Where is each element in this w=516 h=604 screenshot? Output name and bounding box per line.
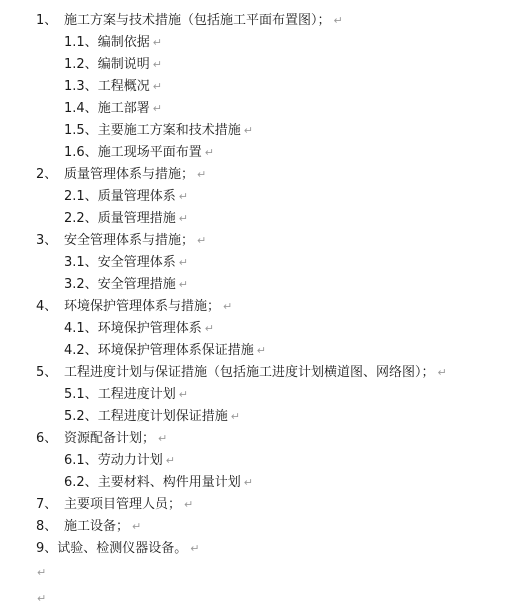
paragraph-mark-icon: ↵ xyxy=(231,410,240,423)
sub-list-item[interactable]: 3.1、安全管理体系↵ xyxy=(64,253,188,273)
item-number: 9、 xyxy=(36,541,57,556)
item-number: 1.5、 xyxy=(64,123,98,138)
paragraph-mark-icon: ↵ xyxy=(153,36,162,49)
paragraph-mark-icon: ↵ xyxy=(334,14,343,27)
item-number: 6.2、 xyxy=(64,475,98,490)
item-text: 试验、检测仪器设备。 xyxy=(57,541,187,556)
item-number: 5.1、 xyxy=(64,387,98,402)
paragraph-mark-icon: ↵ xyxy=(179,190,188,203)
paragraph-mark-icon: ↵ xyxy=(190,542,199,555)
paragraph-mark-icon: ↵ xyxy=(179,212,188,225)
item-number: 3.1、 xyxy=(64,255,98,270)
item-number: 4.1、 xyxy=(64,321,98,336)
list-item[interactable]: 9、试验、检测仪器设备。↵ xyxy=(36,539,200,559)
item-text: 工程进度计划 xyxy=(98,387,176,402)
item-text: 施工方案与技术措施（包括施工平面布置图）； xyxy=(64,13,331,28)
list-item[interactable]: 2、质量管理体系与措施；↵ xyxy=(36,165,206,185)
paragraph-mark-icon: ↵ xyxy=(153,80,162,93)
paragraph-mark-icon: ↵ xyxy=(132,520,141,533)
item-text: 工程概况 xyxy=(98,79,150,94)
item-text: 主要施工方案和技术措施 xyxy=(98,123,241,138)
item-text: 安全管理体系 xyxy=(98,255,176,270)
empty-paragraph[interactable]: ↵ xyxy=(34,589,46,604)
item-number: 3、 xyxy=(36,231,64,251)
item-text: 施工部署 xyxy=(98,101,150,116)
item-text: 安全管理措施 xyxy=(98,277,176,292)
item-text: 环境保护管理体系与措施； xyxy=(64,299,220,314)
empty-paragraph[interactable]: ↵ xyxy=(34,563,46,583)
item-number: 1.6、 xyxy=(64,145,98,160)
item-number: 1.4、 xyxy=(64,101,98,116)
paragraph-mark-icon: ↵ xyxy=(197,168,206,181)
paragraph-mark-icon: ↵ xyxy=(197,234,206,247)
item-number: 4.2、 xyxy=(64,343,98,358)
item-text: 安全管理体系与措施； xyxy=(64,233,194,248)
paragraph-mark-icon: ↵ xyxy=(153,102,162,115)
sub-list-item[interactable]: 1.5、主要施工方案和技术措施↵ xyxy=(64,121,253,141)
sub-list-item[interactable]: 6.1、劳动力计划↵ xyxy=(64,451,175,471)
item-number: 4、 xyxy=(36,297,64,317)
item-number: 6、 xyxy=(36,429,64,449)
item-text: 编制依据 xyxy=(98,35,150,50)
item-number: 5.2、 xyxy=(64,409,98,424)
sub-list-item[interactable]: 1.1、编制依据↵ xyxy=(64,33,162,53)
paragraph-mark-icon: ↵ xyxy=(244,124,253,137)
item-text: 环境保护管理体系保证措施 xyxy=(98,343,254,358)
item-number: 3.2、 xyxy=(64,277,98,292)
paragraph-mark-icon: ↵ xyxy=(166,454,175,467)
sub-list-item[interactable]: 1.3、工程概况↵ xyxy=(64,77,162,97)
item-text: 工程进度计划与保证措施（包括施工进度计划横道图、网络图）； xyxy=(64,365,435,380)
item-text: 工程进度计划保证措施 xyxy=(98,409,228,424)
list-item[interactable]: 4、环境保护管理体系与措施；↵ xyxy=(36,297,232,317)
item-number: 1.2、 xyxy=(64,57,98,72)
item-text: 劳动力计划 xyxy=(98,453,163,468)
paragraph-mark-icon: ↵ xyxy=(184,498,193,511)
sub-list-item[interactable]: 4.1、环境保护管理体系↵ xyxy=(64,319,214,339)
paragraph-mark-icon: ↵ xyxy=(179,388,188,401)
paragraph-mark-icon: ↵ xyxy=(37,592,46,604)
item-number: 1.3、 xyxy=(64,79,98,94)
item-text: 质量管理措施 xyxy=(98,211,176,226)
paragraph-mark-icon: ↵ xyxy=(438,366,447,379)
list-item[interactable]: 8、施工设备；↵ xyxy=(36,517,141,537)
sub-list-item[interactable]: 5.2、工程进度计划保证措施↵ xyxy=(64,407,240,427)
item-number: 2.2、 xyxy=(64,211,98,226)
paragraph-mark-icon: ↵ xyxy=(179,278,188,291)
sub-list-item[interactable]: 1.2、编制说明↵ xyxy=(64,55,162,75)
list-item[interactable]: 5、工程进度计划与保证措施（包括施工进度计划横道图、网络图）；↵ xyxy=(36,363,447,383)
paragraph-mark-icon: ↵ xyxy=(37,566,46,579)
item-text: 资源配备计划； xyxy=(64,431,155,446)
paragraph-mark-icon: ↵ xyxy=(153,58,162,71)
item-number: 2、 xyxy=(36,165,64,185)
item-text: 编制说明 xyxy=(98,57,150,72)
item-number: 8、 xyxy=(36,517,64,537)
paragraph-mark-icon: ↵ xyxy=(257,344,266,357)
item-number: 5、 xyxy=(36,363,64,383)
sub-list-item[interactable]: 5.1、工程进度计划↵ xyxy=(64,385,188,405)
list-item[interactable]: 6、资源配备计划；↵ xyxy=(36,429,167,449)
item-number: 7、 xyxy=(36,495,64,515)
sub-list-item[interactable]: 2.2、质量管理措施↵ xyxy=(64,209,188,229)
paragraph-mark-icon: ↵ xyxy=(158,432,167,445)
item-text: 质量管理体系与措施； xyxy=(64,167,194,182)
paragraph-mark-icon: ↵ xyxy=(244,476,253,489)
sub-list-item[interactable]: 4.2、环境保护管理体系保证措施↵ xyxy=(64,341,266,361)
item-number: 2.1、 xyxy=(64,189,98,204)
item-text: 施工现场平面布置 xyxy=(98,145,202,160)
item-number: 1.1、 xyxy=(64,35,98,50)
paragraph-mark-icon: ↵ xyxy=(205,322,214,335)
item-text: 主要材料、构件用量计划 xyxy=(98,475,241,490)
paragraph-mark-icon: ↵ xyxy=(223,300,232,313)
item-number: 1、 xyxy=(36,11,64,31)
item-number: 6.1、 xyxy=(64,453,98,468)
item-text: 环境保护管理体系 xyxy=(98,321,202,336)
sub-list-item[interactable]: 3.2、安全管理措施↵ xyxy=(64,275,188,295)
sub-list-item[interactable]: 1.6、施工现场平面布置↵ xyxy=(64,143,214,163)
item-text: 质量管理体系 xyxy=(98,189,176,204)
list-item[interactable]: 7、主要项目管理人员；↵ xyxy=(36,495,193,515)
paragraph-mark-icon: ↵ xyxy=(205,146,214,159)
list-item[interactable]: 1、施工方案与技术措施（包括施工平面布置图）；↵ xyxy=(36,11,343,31)
sub-list-item[interactable]: 2.1、质量管理体系↵ xyxy=(64,187,188,207)
sub-list-item[interactable]: 1.4、施工部署↵ xyxy=(64,99,162,119)
paragraph-mark-icon: ↵ xyxy=(179,256,188,269)
item-text: 主要项目管理人员； xyxy=(64,497,181,512)
item-text: 施工设备； xyxy=(64,519,129,534)
sub-list-item[interactable]: 6.2、主要材料、构件用量计划↵ xyxy=(64,473,253,493)
list-item[interactable]: 3、安全管理体系与措施；↵ xyxy=(36,231,206,251)
